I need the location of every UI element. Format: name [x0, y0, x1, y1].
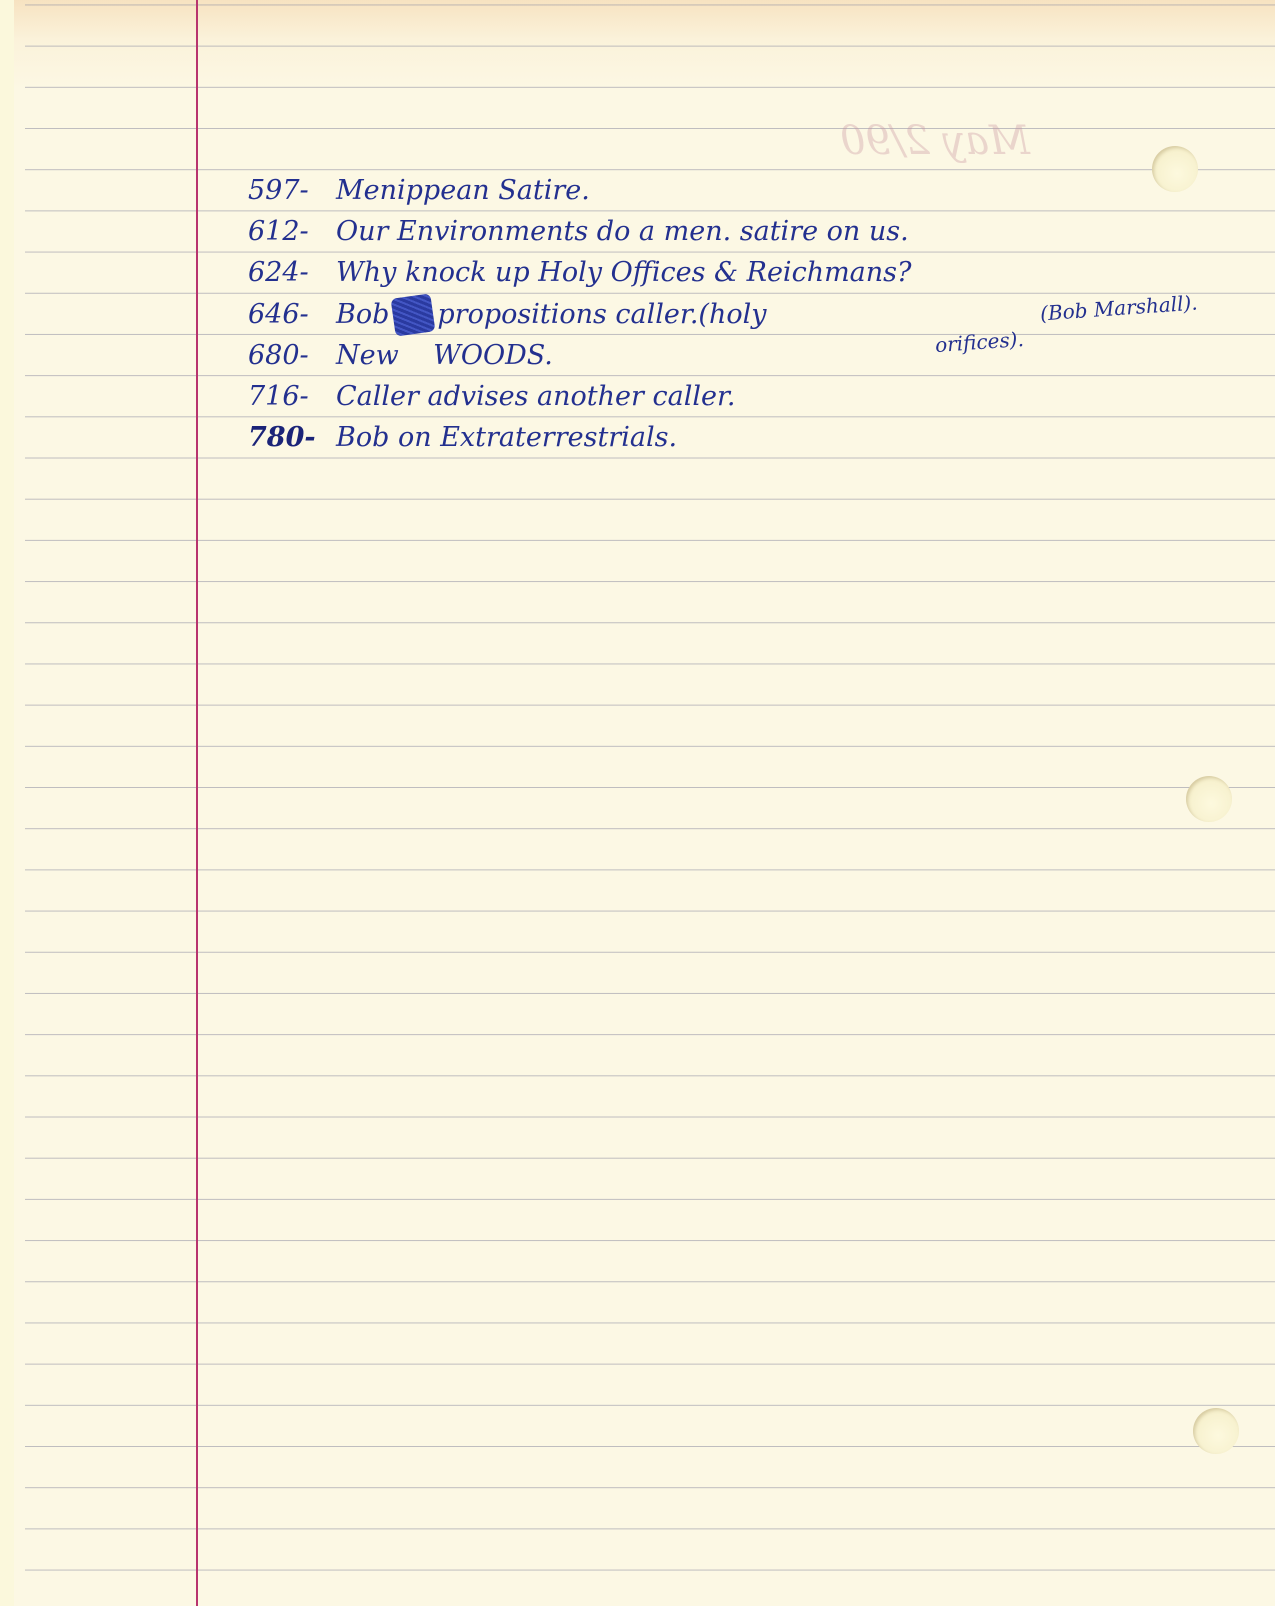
entry-680: 680-New WOODS. — [248, 335, 912, 376]
scribble-mark — [391, 293, 436, 336]
entry-716: 716-Caller advises another caller. — [248, 376, 912, 417]
bleed-through-date: May 2/90 — [840, 118, 1030, 164]
punch-hole-middle — [1186, 776, 1232, 822]
punch-hole-top — [1152, 146, 1198, 192]
punch-hole-bottom — [1193, 1408, 1239, 1454]
entry-780: 780-Bob on Extraterrestrials. — [248, 417, 912, 458]
entry-597: 597-Menippean Satire. — [248, 170, 912, 211]
paper-edge — [0, 0, 14, 1606]
entry-612: 612-Our Environments do a men. satire on… — [248, 211, 912, 252]
entry-624: 624-Why knock up Holy Offices & Reichman… — [248, 252, 912, 293]
entry-list: 597-Menippean Satire. 612-Our Environmen… — [248, 170, 912, 458]
notebook-page: May 2/90 597-Menippean Satire. 612-Our E… — [0, 0, 1275, 1606]
margin-line — [196, 0, 198, 1606]
entry-646: 646-Bobpropositions caller.(holy — [248, 294, 912, 335]
